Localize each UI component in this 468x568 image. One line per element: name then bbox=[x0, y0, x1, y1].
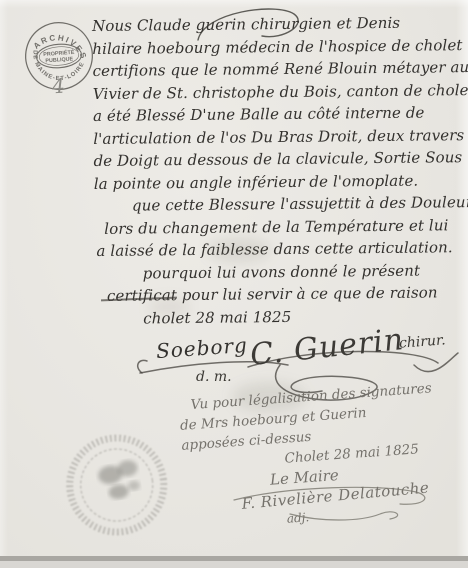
physician-title: d. m. bbox=[196, 369, 232, 385]
scan-background-strip bbox=[0, 561, 468, 568]
certificate-body: Nous Claude guerin chirurgien et Denis h… bbox=[92, 11, 467, 330]
mayor-signature-flourish bbox=[228, 478, 463, 533]
handwritten-line: a laissé de la faiblesse dans cette arti… bbox=[96, 236, 466, 262]
handwritten-line: a été Blessé D'une Balle au côté interne… bbox=[93, 101, 465, 127]
handwritten-line: certifions que le nommé René Blouin méta… bbox=[92, 56, 464, 82]
archive-page-number: 4 bbox=[51, 74, 65, 99]
mayor-seal-stamp bbox=[50, 420, 183, 553]
ink-smudge bbox=[208, 238, 270, 262]
document-scan-page: ARCHIVES DE MAINE-ET-LOIRE PROPRIÉTÉ PUB… bbox=[0, 0, 468, 568]
ink-smudge bbox=[148, 298, 190, 316]
paper-edge-left bbox=[0, 0, 8, 568]
surgeon-title: chirur. bbox=[398, 332, 446, 351]
handwritten-line: de Doigt au dessous de la clavicule, Sor… bbox=[93, 146, 465, 172]
handwritten-line: que cette Blessure l'assujettit à des Do… bbox=[132, 191, 466, 217]
